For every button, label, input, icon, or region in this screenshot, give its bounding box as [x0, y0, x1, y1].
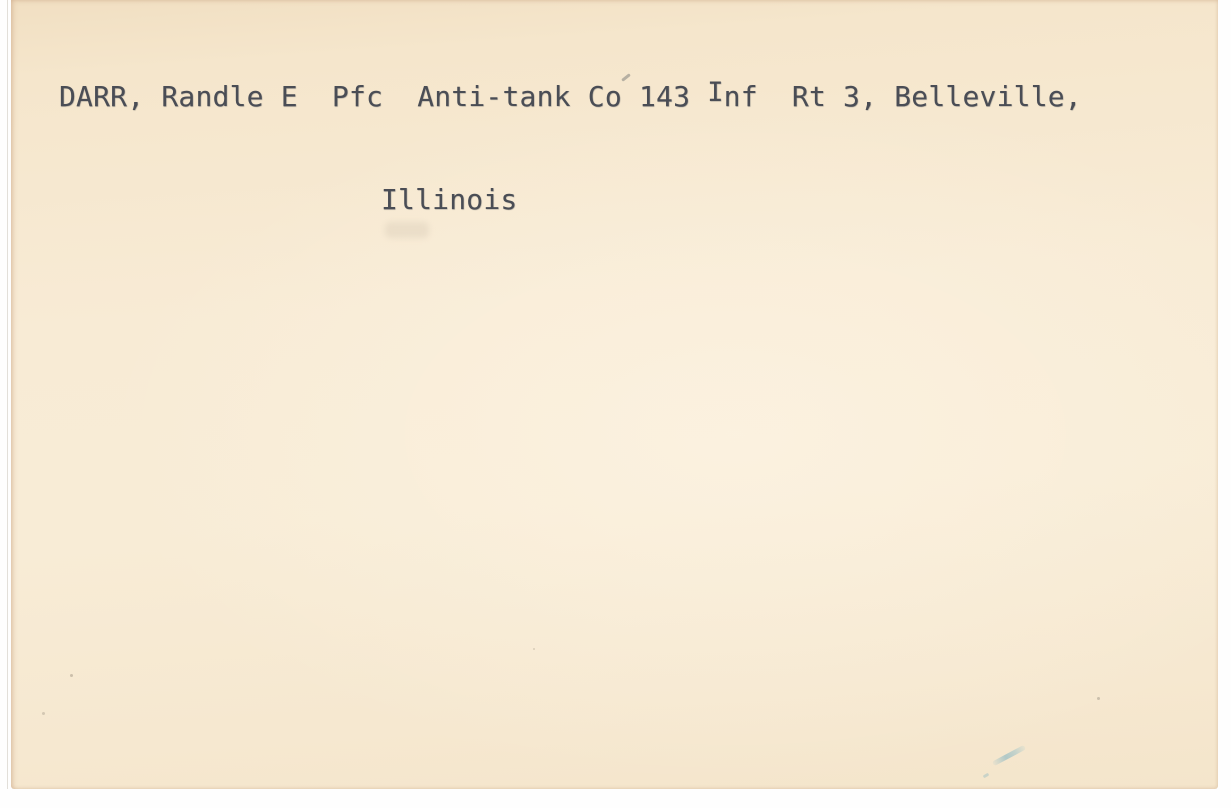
ghost-smudge: [385, 222, 429, 238]
paper-speck: [533, 648, 535, 650]
line1-superscript-i: I: [707, 77, 723, 108]
paper-speck: [42, 712, 45, 715]
index-card: DARR, Randle E Pfc Anti-tank Co 143 Inf …: [11, 0, 1218, 789]
paper-speck: [70, 674, 73, 677]
card-line-1: DARR, Randle E Pfc Anti-tank Co 143 Inf …: [59, 80, 1082, 115]
paper-speck: [1097, 697, 1100, 700]
blue-pencil-dot: [983, 773, 990, 779]
typewritten-text: DARR, Randle E Pfc Anti-tank Co 143 Inf …: [59, 12, 1082, 285]
blue-pencil-mark: [992, 745, 1026, 766]
card-line-2: Illinois: [381, 183, 1082, 217]
line1-suffix: nf Rt 3, Belleville,: [724, 80, 1082, 113]
scanner-edge-line: [7, 0, 8, 789]
line1-prefix: DARR, Randle E Pfc Anti-tank Co 143: [59, 80, 707, 113]
scanned-page: DARR, Randle E Pfc Anti-tank Co 143 Inf …: [0, 0, 1231, 808]
